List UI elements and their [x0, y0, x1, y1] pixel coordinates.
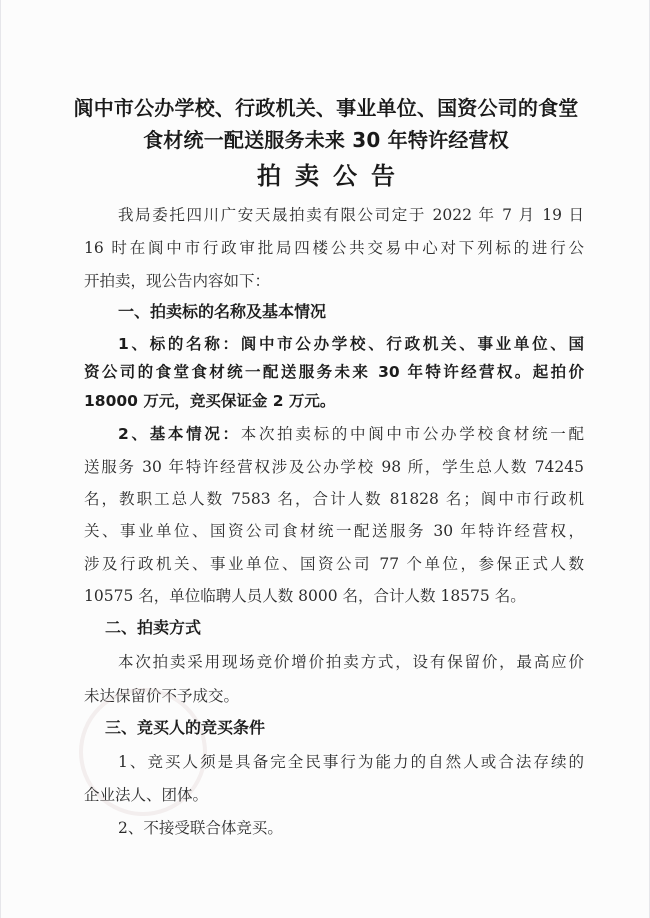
item-1-line-3: 18000 万元，竞买保证金 2 万元。 — [84, 391, 584, 411]
document-page: 阆中市公办学校、行政机关、事业单位、国资公司的食堂 食材统一配送服务未来 30 … — [0, 0, 650, 918]
item-2-line-3: 名，教职工总人数 7583 名，合计人数 81828 名；阆中市行政机 — [84, 489, 584, 509]
section-2-heading: 二、拍卖方式 — [105, 618, 201, 638]
item-2-line-4: 关、事业单位、国资公司食材统一配送服务 30 年特许经营权， — [84, 521, 584, 541]
section-2-line-1: 本次拍卖采用现场竞价增价拍卖方式，设有保留价，最高应价 — [118, 652, 584, 672]
item-2-line-6: 10575 名，单位临聘人员人数 8000 名，合计人数 18575 名。 — [84, 586, 584, 606]
item-2-line-1: 2、基本情况：本次拍卖标的中阆中市公办学校食材统一配 — [118, 424, 584, 444]
intro-line-1: 我局委托四川广安天晟拍卖有限公司定于 2022 年 7 月 19 日 — [118, 205, 584, 225]
item-2-line-5: 涉及行政机关、事业单位、国资公司 77 个单位，参保正式人数 — [84, 554, 584, 574]
item-1-text-1: 阆中市公办学校、行政机关、事业单位、国 — [241, 335, 584, 353]
section-3-line-1: 1、竞买人须是具备完全民事行为能力的自然人或合法存续的 — [118, 752, 584, 772]
section-3-heading: 三、竞买人的竞买条件 — [105, 718, 265, 738]
section-3-line-3: 2、不接受联合体竞买。 — [118, 818, 584, 838]
item-2-line-2: 送服务 30 年特许经营权涉及公办学校 98 所，学生总人数 74245 — [84, 457, 584, 477]
item-1-line-1: 1、标的名称：阆中市公办学校、行政机关、事业单位、国 — [118, 334, 584, 354]
item-2-text-1: 本次拍卖标的中阆中市公办学校食材统一配 — [241, 425, 584, 443]
item-1-label: 1、标的名称： — [118, 335, 241, 353]
intro-line-2: 16 时在阆中市行政审批局四楼公共交易中心对下列标的进行公 — [84, 238, 584, 258]
intro-line-3: 开拍卖，现公告内容如下： — [84, 271, 584, 291]
document-title-line-1: 阆中市公办学校、行政机关、事业单位、国资公司的食堂 — [1, 92, 650, 121]
document-main-title: 拍卖公告 — [1, 156, 650, 191]
item-1-line-2: 资公司的食堂食材统一配送服务未来 30 年特许经营权。起拍价 — [84, 362, 584, 382]
item-2-label: 2、基本情况： — [118, 425, 241, 443]
document-title-line-2: 食材统一配送服务未来 30 年特许经营权 — [1, 124, 650, 153]
section-1-heading: 一、拍卖标的名称及基本情况 — [118, 302, 326, 322]
section-3-line-2: 企业法人、团体。 — [84, 785, 584, 805]
